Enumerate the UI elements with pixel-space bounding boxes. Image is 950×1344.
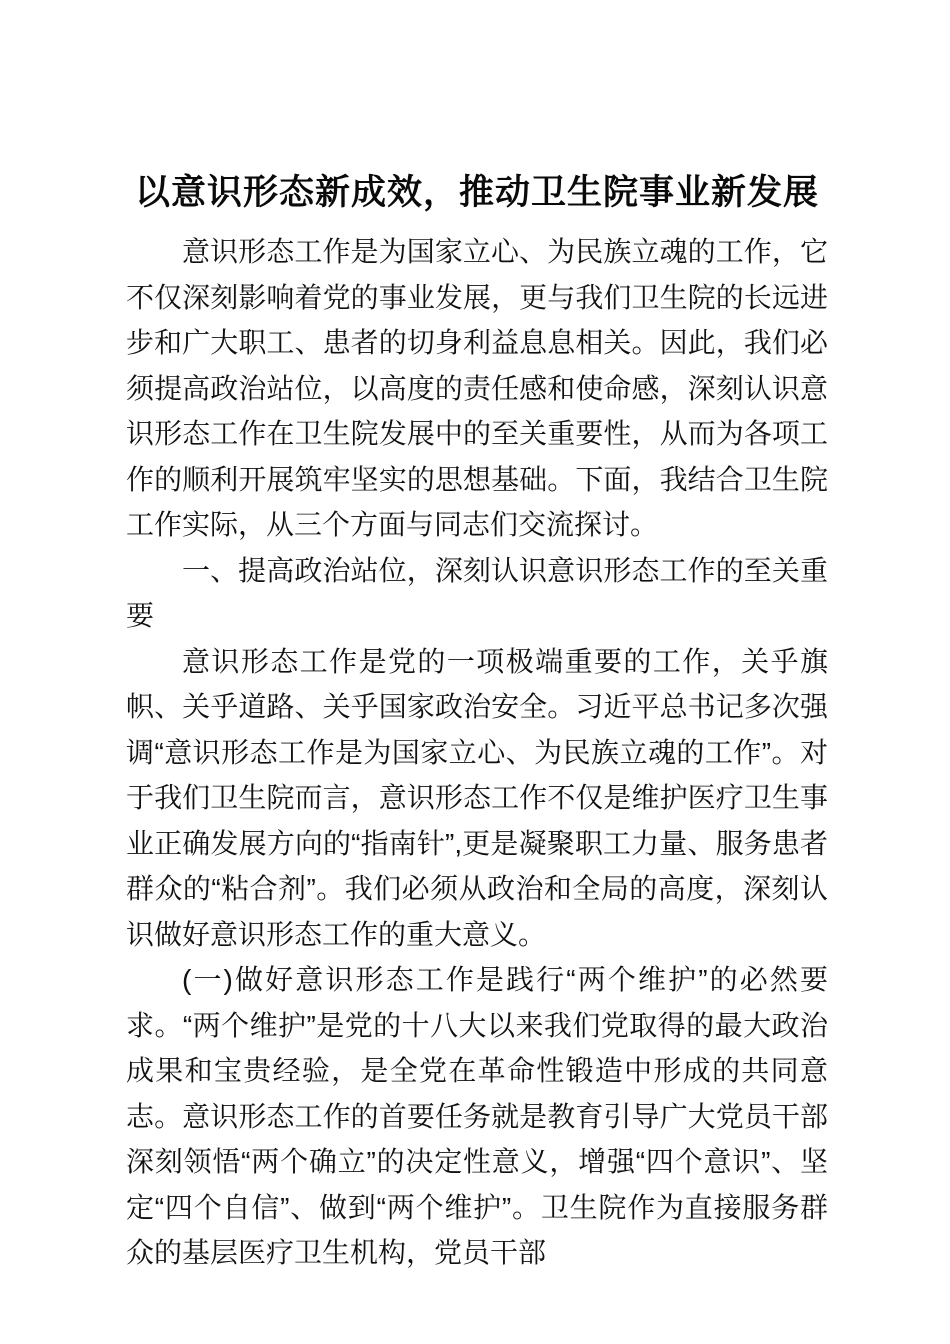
- paragraph-section-1-body: 意识形态工作是党的一项极端重要的工作，关乎旗帜、关乎道路、关乎国家政治安全。习近…: [126, 639, 828, 958]
- paragraph-point-1: (一)做好意识形态工作是践行“两个维护”的必然要求。“两个维护”是党的十八大以来…: [126, 957, 828, 1276]
- paragraph-intro: 意识形态工作是为国家立心、为民族立魂的工作，它不仅深刻影响着党的事业发展，更与我…: [126, 229, 828, 548]
- document-title: 以意识形态新成效，推动卫生院事业新发展: [126, 170, 828, 216]
- section-heading-1: 一、提高政治站位，深刻认识意识形态工作的至关重要: [126, 548, 828, 639]
- document-page: 以意识形态新成效，推动卫生院事业新发展 意识形态工作是为国家立心、为民族立魂的工…: [0, 0, 950, 1344]
